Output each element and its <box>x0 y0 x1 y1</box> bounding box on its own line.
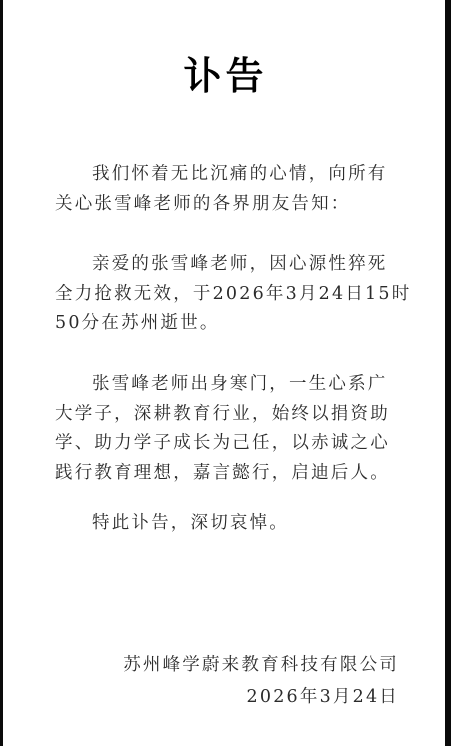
paragraph-line: 亲爱的张雪峰老师，因心源性猝死 <box>55 250 405 280</box>
paragraph-intro: 我们怀着无比沉痛的心情，向所有 关心张雪峰老师的各界朋友告知： <box>55 160 405 219</box>
paragraph-line: 关心张雪峰老师的各界朋友告知： <box>55 190 405 220</box>
paragraph-line: 全力抢救无效，于2026年3月24日15时 <box>55 280 405 310</box>
paragraph-line: 大学子，深耕教育行业，始终以捐资助 <box>55 400 405 430</box>
paragraph-biography: 张雪峰老师出身寒门，一生心系广 大学子，深耕教育行业，始终以捐资助 学、助力学子… <box>55 370 405 488</box>
paragraph-line: 特此讣告，深切哀悼。 <box>55 509 405 539</box>
paragraph-line: 50分在苏州逝世。 <box>55 309 405 339</box>
left-border <box>0 0 3 746</box>
paragraph-closing: 特此讣告，深切哀悼。 <box>55 509 405 539</box>
signature-date: 2026年3月24日 <box>247 683 399 711</box>
paragraph-line: 张雪峰老师出身寒门，一生心系广 <box>55 370 405 400</box>
page-title: 讣告 <box>0 52 451 100</box>
paragraph-line: 践行教育理想，嘉言懿行，启迪后人。 <box>55 459 405 489</box>
signature-organization: 苏州峰学蔚来教育科技有限公司 <box>123 651 399 679</box>
paragraph-line: 我们怀着无比沉痛的心情，向所有 <box>55 160 405 190</box>
paragraph-death-notice: 亲爱的张雪峰老师，因心源性猝死 全力抢救无效，于2026年3月24日15时 50… <box>55 250 405 339</box>
paragraph-line: 学、助力学子成长为己任，以赤诚之心 <box>55 429 405 459</box>
right-border <box>445 0 451 746</box>
